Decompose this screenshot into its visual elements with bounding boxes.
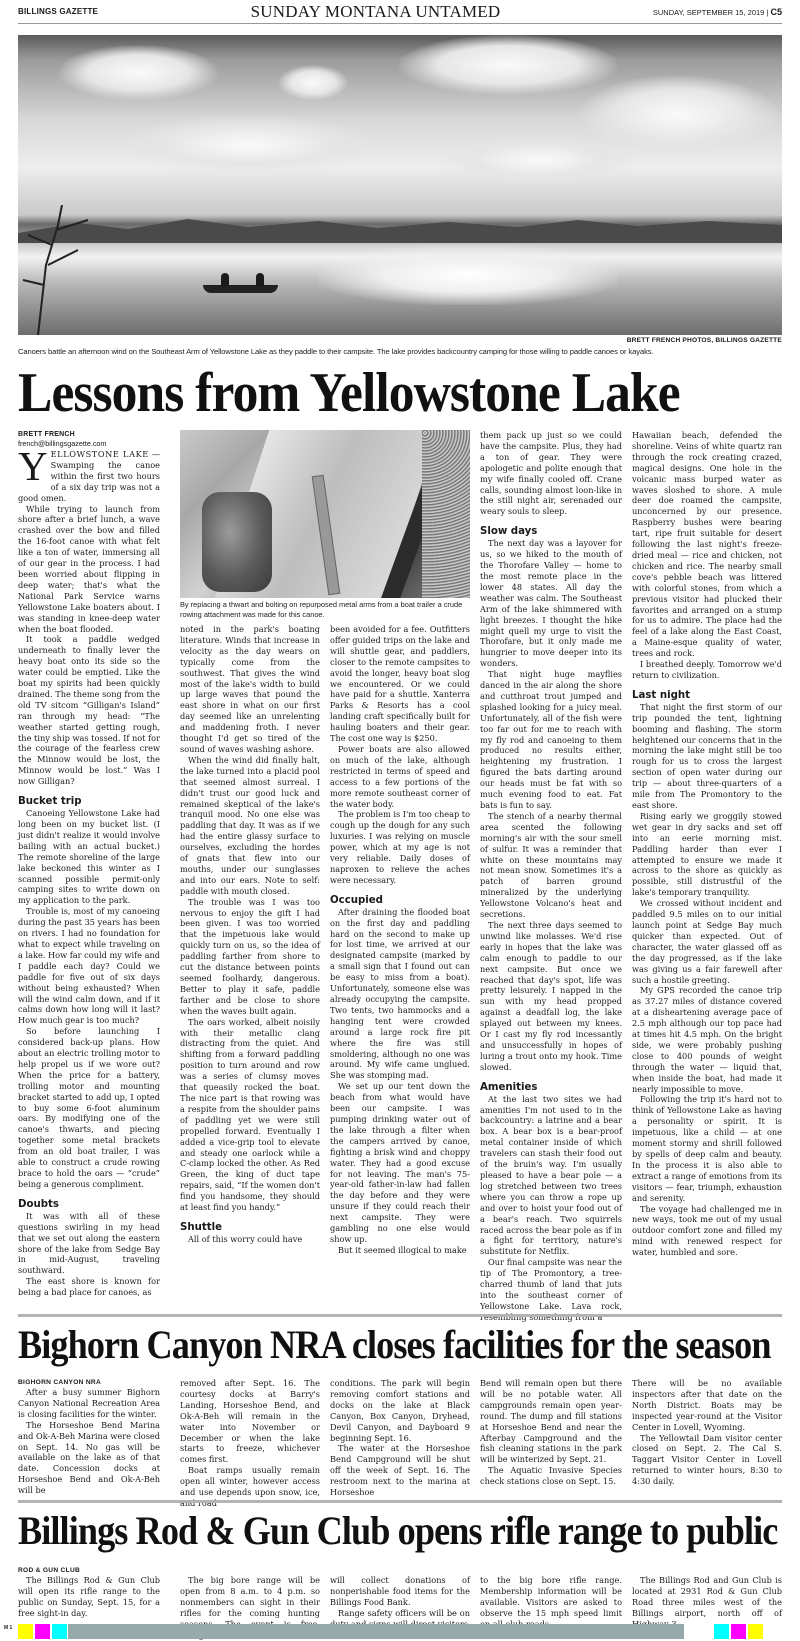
bighorn-label: BIGHORN CANYON NRA xyxy=(18,1378,160,1387)
swatch-cyan-right xyxy=(714,1624,729,1639)
dead-tree-silhouette xyxy=(18,205,148,335)
swatch-yellow xyxy=(18,1624,33,1639)
gray-bar xyxy=(68,1624,684,1639)
inset-photo-rowing-attachment xyxy=(180,430,470,598)
rod-gun-label: ROD & GUN CLUB xyxy=(18,1566,160,1575)
issue-date: SUNDAY, SEPTEMBER 15, 2019 xyxy=(653,8,764,17)
article-column-2: noted in the park's boating literature. … xyxy=(180,624,320,1245)
canoe-shape xyxy=(203,285,278,293)
section-divider xyxy=(18,1500,782,1503)
main-headline: Lessons from Yellowstone Lake xyxy=(18,361,782,425)
subhead-last-night: Last night xyxy=(632,689,782,702)
photo-credit: BRETT FRENCH PHOTOS, BILLINGS GAZETTE xyxy=(627,337,782,344)
subhead-slow-days: Slow days xyxy=(480,525,622,538)
swatch-magenta xyxy=(35,1624,50,1639)
subhead-doubts: Doubts xyxy=(18,1198,160,1211)
bighorn-headline: Bighorn Canyon NRA closes facilities for… xyxy=(18,1321,783,1368)
article-column-4: them pack up just so we could have the c… xyxy=(480,430,622,1323)
bighorn-column-4: Bend will remain open but there will be … xyxy=(480,1378,622,1487)
paper-name: BILLINGS GAZETTE xyxy=(18,7,98,16)
masthead: BILLINGS GAZETTE SUNDAY MONTANA UNTAMED … xyxy=(18,0,782,24)
rod-gun-column-3: will collect donations of nonperishable … xyxy=(330,1575,470,1630)
bighorn-column-5: There will be no available inspectors af… xyxy=(632,1378,782,1487)
dry-bag-shape xyxy=(202,492,272,592)
bighorn-column-2: removed after Sept. 16. The courtesy doc… xyxy=(180,1378,320,1509)
byline: BRETT FRENCH xyxy=(18,430,160,439)
swatch-yellow-right xyxy=(748,1624,763,1639)
rod-gun-column-4: to the big bore rifle range. Membership … xyxy=(480,1575,622,1630)
rod-gun-column-1: ROD & GUN CLUB The Billings Rod & Gun Cl… xyxy=(18,1566,160,1619)
newspaper-page: BILLINGS GAZETTE SUNDAY MONTANA UNTAMED … xyxy=(18,0,782,24)
article-column-1: BRETT FRENCH french@billingsgazette.com … xyxy=(18,430,160,1298)
bighorn-column-3: conditions. The park will begin removing… xyxy=(330,1378,470,1498)
byline-email[interactable]: french@billingsgazette.com xyxy=(18,439,160,449)
inset-caption: By replacing a thwart and bolting on rep… xyxy=(180,600,470,619)
subhead-shuttle: Shuttle xyxy=(180,1221,320,1234)
section-divider xyxy=(18,1314,782,1317)
page-number: C5 xyxy=(770,7,782,17)
printer-color-bar: M 1 xyxy=(0,1624,800,1641)
date-page: SUNDAY, SEPTEMBER 15, 2019 | C5 xyxy=(653,7,782,17)
photo-caption: Canoers battle an afternoon wind on the … xyxy=(18,347,782,356)
rod-gun-column-5: The Billings Rod and Gun Club is located… xyxy=(632,1575,782,1630)
section-title: SUNDAY MONTANA UNTAMED xyxy=(251,2,501,22)
bighorn-column-1: BIGHORN CANYON NRA After a busy summer B… xyxy=(18,1378,160,1496)
subhead-occupied: Occupied xyxy=(330,894,470,907)
swatch-cyan xyxy=(52,1624,67,1639)
subhead-amenities: Amenities xyxy=(480,1081,622,1094)
article-column-5: Hawaiian beach, defended the shoreline. … xyxy=(632,430,782,1258)
swatch-magenta-right xyxy=(731,1624,746,1639)
hero-photo-lake-canoers xyxy=(18,35,782,335)
rod-gun-headline: Billings Rod & Gun Club opens rifle rang… xyxy=(18,1507,783,1554)
registration-mark: M 1 xyxy=(4,1626,12,1631)
article-column-3: been avoided for a fee. Outfitters offer… xyxy=(330,624,470,1256)
drop-cap: Y xyxy=(18,450,48,482)
subhead-bucket-trip: Bucket trip xyxy=(18,795,160,808)
